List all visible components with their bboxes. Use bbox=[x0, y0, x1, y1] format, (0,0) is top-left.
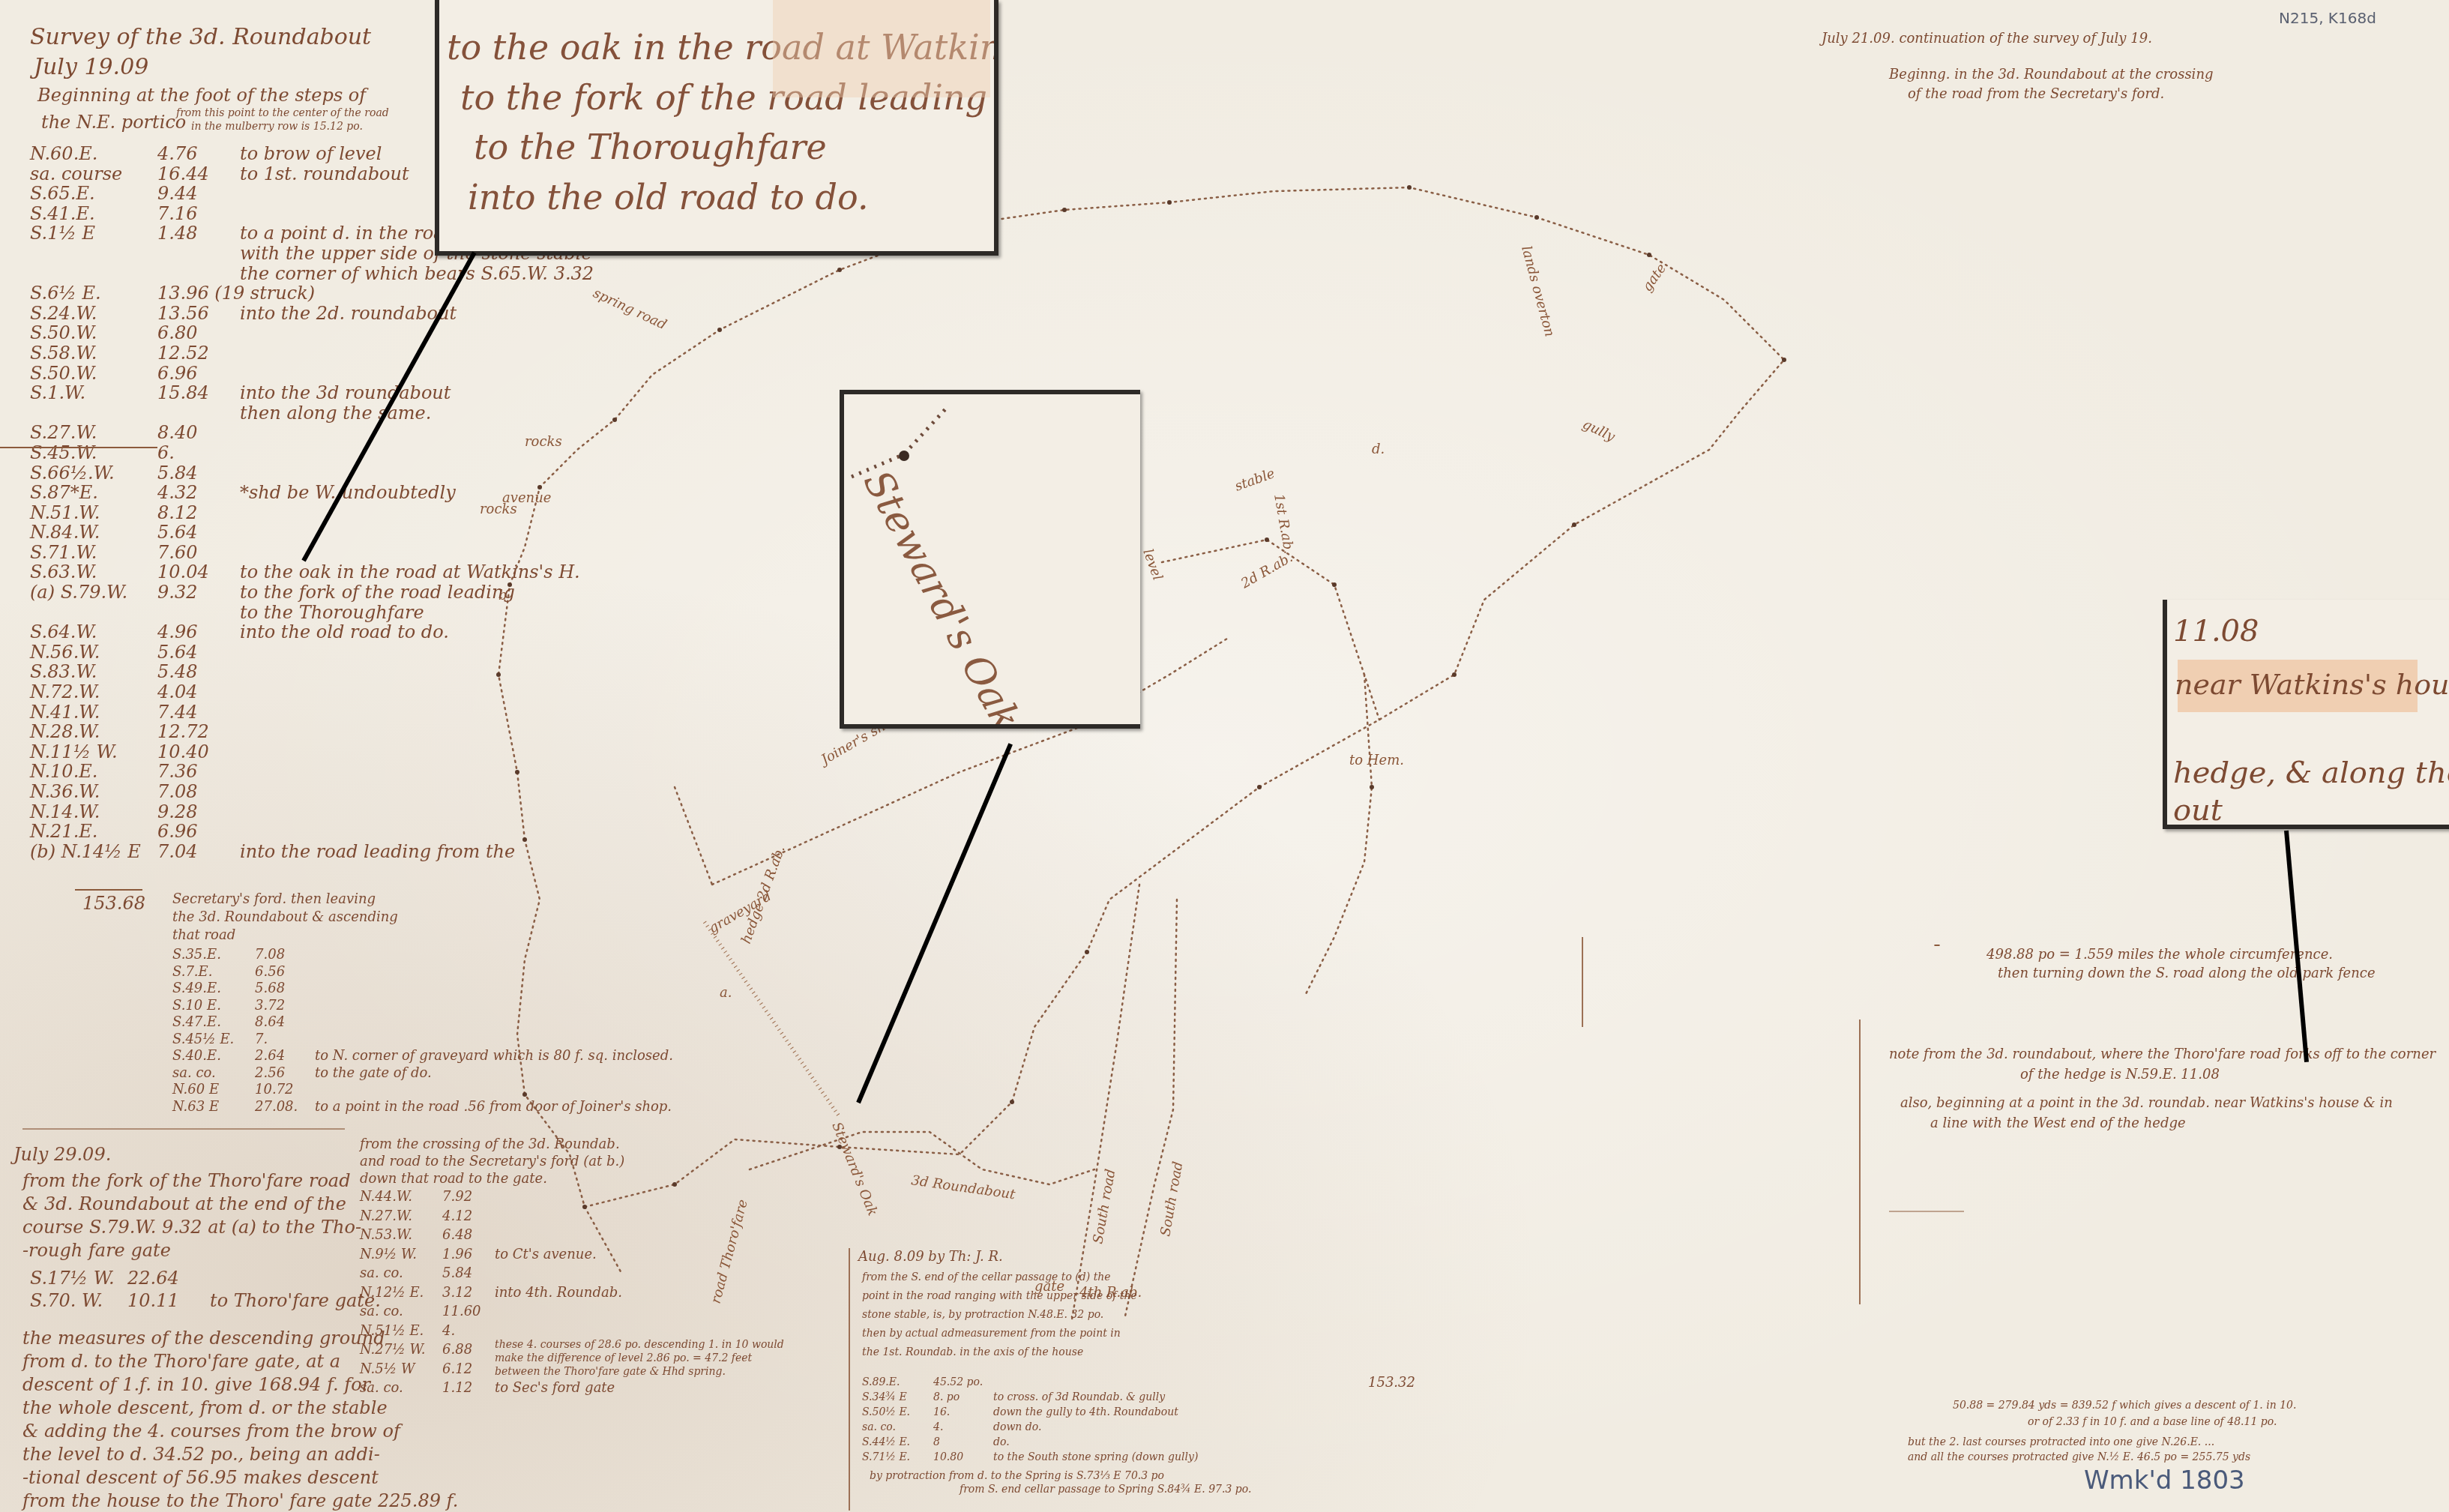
course-distance: 7.60 bbox=[157, 541, 240, 561]
survey-course-row: N.27.W.4.12 bbox=[360, 1208, 622, 1227]
thorofare-courses: S.17½ W.22.64S.70. W.10.11to Thoro'fare … bbox=[30, 1267, 381, 1312]
july31-margin-rule bbox=[1582, 937, 1583, 1027]
secretary-ford-intro: from the crossing of the 3d. Roundab.and… bbox=[360, 1136, 624, 1187]
course-distance: 8.64 bbox=[255, 1013, 315, 1031]
course-note: to the South stone spring (down gully) bbox=[993, 1451, 1198, 1466]
survey-course-row: S.44½ E.8do. bbox=[862, 1436, 1198, 1451]
survey-total: 153.68 bbox=[82, 892, 145, 916]
july21-intro-1: Beginng. in the 3d. Roundabout at the cr… bbox=[1889, 66, 2214, 84]
south-road-b bbox=[1124, 900, 1177, 1319]
text-line: from the house to the Thoro' fare gate 2… bbox=[22, 1490, 458, 1512]
course-bearing: S.45½ E. bbox=[172, 1031, 255, 1048]
survey-course-row: N.36.W.7.08 bbox=[30, 780, 594, 801]
text-line: point in the road ranging with the upper… bbox=[862, 1289, 1137, 1308]
course-bearing: sa. co. bbox=[360, 1265, 442, 1284]
survey-course-row: S.7.E.6.56 bbox=[172, 963, 673, 981]
aug8-margin-rule bbox=[849, 1248, 850, 1511]
course-distance: 2.64 bbox=[255, 1047, 315, 1064]
survey-course-row: sa. co.4.down do. bbox=[862, 1421, 1198, 1436]
survey-intro-1: Beginning at the foot of the steps of bbox=[37, 84, 366, 108]
course-bearing: S.10 E. bbox=[172, 997, 255, 1014]
course-distance: 7.44 bbox=[157, 701, 240, 721]
text-line: the 1st. Roundab. in the axis of the hou… bbox=[862, 1346, 1137, 1364]
course-bearing: (a) S.79.W. bbox=[30, 581, 157, 601]
survey-course-row: S.1.W.15.84into the 3d roundabout bbox=[30, 382, 594, 402]
course-bearing: S.44½ E. bbox=[862, 1436, 933, 1451]
course-note: do. bbox=[993, 1436, 1010, 1451]
course-bearing: N.51.W. bbox=[30, 502, 157, 522]
course-bearing: S.34¾ E bbox=[862, 1391, 933, 1406]
map-label-gate-top: gate bbox=[1639, 261, 1669, 295]
course-bearing: S.6½ E. bbox=[30, 282, 157, 302]
course-distance: 4.04 bbox=[157, 681, 240, 701]
map-label-steward-oak: Steward's Oak bbox=[828, 1120, 880, 1218]
course-bearing: N.63 E bbox=[172, 1098, 255, 1115]
text-line: make the difference of level 2.86 po. = … bbox=[495, 1352, 784, 1365]
survey-course-row: S.34¾ E8. poto cross. of 3d Roundab. & g… bbox=[862, 1391, 1198, 1406]
text-line: then by actual admeasurement from the po… bbox=[862, 1327, 1137, 1346]
course-bearing: N.60.E. bbox=[30, 142, 157, 163]
graveyard-road bbox=[675, 787, 712, 885]
survey-course-row: N.9½ W.1.96to Ct's avenue. bbox=[360, 1246, 622, 1265]
course-bearing bbox=[30, 402, 157, 422]
course-bearing: S.49.E. bbox=[172, 980, 255, 997]
course-distance: 4. bbox=[933, 1421, 993, 1436]
survey-course-row: (a) S.79.W.9.32to the fork of the road l… bbox=[30, 581, 594, 601]
course-note: to 1st. roundabout bbox=[240, 163, 409, 183]
section-rule bbox=[22, 1128, 345, 1130]
secretary-ford-bracket-note: these 4. courses of 28.6 po. descending … bbox=[495, 1338, 784, 1379]
course-distance: 6.96 bbox=[157, 820, 240, 840]
course-note: to brow of level bbox=[240, 142, 382, 163]
survey-course-row: S.40.E.2.64to N. corner of graveyard whi… bbox=[172, 1047, 673, 1064]
text-line: from the crossing of the 3d. Roundab. bbox=[360, 1136, 624, 1153]
course-bearing bbox=[30, 242, 157, 262]
course-distance: 12.72 bbox=[157, 720, 240, 741]
course-bearing: S.64.W. bbox=[30, 621, 157, 641]
survey-course-row: S.27.W.8.40 bbox=[30, 421, 594, 442]
course-bearing: S.17½ W. bbox=[30, 1267, 127, 1289]
map-label-2d-rab: 2d R.ab. bbox=[1238, 549, 1295, 592]
text-line: & adding the 4. courses from the brow of bbox=[22, 1420, 458, 1443]
course-distance: 7.08 bbox=[255, 946, 315, 963]
course-bearing: N.36.W. bbox=[30, 780, 157, 801]
hedge-note-1: note from the 3d. roundabout, where the … bbox=[1889, 1046, 2436, 1064]
course-bearing: N.53.W. bbox=[360, 1226, 442, 1246]
course-distance: 10.40 bbox=[157, 741, 240, 761]
callout-highlight bbox=[773, 0, 990, 97]
course-bearing: S.1½ E bbox=[30, 222, 157, 242]
course-bearing: sa. co. bbox=[862, 1421, 933, 1436]
course-bearing: S.58.W. bbox=[30, 342, 157, 362]
course-bearing: S.63.W. bbox=[30, 561, 157, 581]
survey-course-row: S.83.W.5.48 bbox=[30, 660, 594, 681]
map-label-3d-roundabout: 3d Roundabout bbox=[910, 1172, 1016, 1202]
course-bearing: (b) N.14½ E bbox=[30, 840, 157, 861]
text-line: and road to the Secretary's ford (at b.) bbox=[360, 1153, 624, 1170]
course-bearing: S.89.E. bbox=[862, 1376, 933, 1391]
survey-course-row: N.21.E.6.96 bbox=[30, 820, 594, 840]
text-line: the whole descent, from d. or the stable bbox=[22, 1397, 458, 1420]
course-distance: 6.88 bbox=[442, 1341, 495, 1361]
survey-course-row: S.71½ E.10.80to the South stone spring (… bbox=[862, 1451, 1198, 1466]
course-note: into the 3d roundabout bbox=[240, 382, 451, 402]
course-bearing: N.10.E. bbox=[30, 760, 157, 780]
callout-steward-oak: Steward's Oak bbox=[840, 390, 1140, 729]
course-bearing: S.70. W. bbox=[30, 1289, 127, 1312]
course-distance: 1.48 bbox=[157, 222, 240, 242]
survey-course-row: N.60 E10.72 bbox=[172, 1081, 673, 1098]
course-bearing: N.51½ E. bbox=[360, 1322, 442, 1342]
survey-course-row: N.56.W.5.64 bbox=[30, 641, 594, 661]
course-distance: 22.64 bbox=[127, 1267, 210, 1289]
map-label-d: d. bbox=[1372, 442, 1385, 457]
survey-course-row: N.28.W.12.72 bbox=[30, 720, 594, 741]
course-bearing: sa. co. bbox=[360, 1303, 442, 1322]
course-distance: 3.72 bbox=[255, 997, 315, 1014]
survey-course-row: sa. co.1.12to Sec's ford gate bbox=[360, 1379, 622, 1399]
aug6-margin-rule bbox=[1859, 1019, 1861, 1304]
map-label-stable: stable bbox=[1233, 466, 1277, 495]
survey-course-row: the corner of which bears S.65.W. 3.32 bbox=[30, 262, 594, 283]
course-bearing: N.28.W. bbox=[30, 720, 157, 741]
course-bearing: sa. co. bbox=[172, 1064, 255, 1082]
aug8-intro: from the S. end of the cellar passage to… bbox=[862, 1271, 1137, 1364]
course-distance bbox=[157, 601, 240, 621]
road-courses: S.35.E.7.08S.7.E.6.56S.49.E.5.68S.10 E.3… bbox=[172, 946, 673, 1115]
course-distance: 7.16 bbox=[157, 202, 240, 223]
map-label-level: level bbox=[1139, 547, 1166, 583]
july21-sum-continuation: then turning down the S. road along the … bbox=[1998, 965, 2376, 983]
text-line: between the Thoro'fare gate & Hhd spring… bbox=[495, 1365, 784, 1379]
text-line: the level to d. 34.52 po., being an addi… bbox=[22, 1443, 458, 1466]
map-label-lands-overton: lands overton bbox=[1518, 244, 1558, 339]
course-distance: 7.92 bbox=[442, 1188, 495, 1208]
course-distance: 12.52 bbox=[157, 342, 240, 362]
survey-course-row: S.10 E.3.72 bbox=[172, 997, 673, 1014]
course-distance bbox=[157, 242, 240, 262]
map-label-road-thorofare: road Thoro'fare bbox=[708, 1198, 751, 1305]
also-note-1: also, beginning at a point in the 3d. ro… bbox=[1900, 1094, 2393, 1112]
text-line: these 4. courses of 28.6 po. descending … bbox=[495, 1338, 784, 1352]
callout3-line-1: 11.08 bbox=[2173, 612, 2259, 651]
survey-course-row: N.53.W.6.48 bbox=[360, 1226, 622, 1246]
course-bearing: S.1.W. bbox=[30, 382, 157, 402]
course-distance: 4.32 bbox=[157, 481, 240, 502]
survey-course-row: N.41.W.7.44 bbox=[30, 701, 594, 721]
joiner-total: 153.32 bbox=[1368, 1374, 1415, 1392]
south-road-a bbox=[1072, 885, 1139, 1319]
course-distance: 1.12 bbox=[442, 1379, 495, 1399]
course-distance: 4.96 bbox=[157, 621, 240, 641]
course-distance: 7.08 bbox=[157, 780, 240, 801]
aug8-heading: Aug. 8.09 by Th: J. R. bbox=[858, 1248, 1003, 1266]
survey-course-row: S.89.E.45.52 po. bbox=[862, 1376, 1198, 1391]
course-distance: 8.12 bbox=[157, 502, 240, 522]
course-note: to the fork of the road leading bbox=[240, 581, 515, 601]
course-note: to a point in the road .56 from door of … bbox=[315, 1098, 672, 1115]
survey-course-row: S.24.W.13.56into the 2d. roundabout bbox=[30, 302, 594, 322]
course-distance: 7. bbox=[255, 1031, 315, 1048]
aug6-total-1: 50.88 = 279.84 yds = 839.52 f which give… bbox=[1953, 1399, 2296, 1412]
survey-course-row: N.11½ W.10.40 bbox=[30, 741, 594, 761]
third-roundabout-road bbox=[498, 187, 1784, 1207]
course-distance: 6.48 bbox=[442, 1226, 495, 1246]
course-distance: 11.60 bbox=[442, 1303, 495, 1322]
course-bearing: S.47.E. bbox=[172, 1013, 255, 1031]
aug6-top-rule bbox=[1889, 1211, 1964, 1212]
survey-course-row: S.50½ E.16.down the gully to 4th. Rounda… bbox=[862, 1406, 1198, 1421]
course-bearing: S.50.W. bbox=[30, 322, 157, 342]
aug8-courses: S.89.E.45.52 po.S.34¾ E8. poto cross. of… bbox=[862, 1376, 1198, 1466]
course-distance: 5.48 bbox=[157, 660, 240, 681]
survey-course-row: N.12½ E.3.12into 4th. Roundab. bbox=[360, 1284, 622, 1304]
course-note: into the old road to do. bbox=[240, 621, 449, 641]
course-bearing: S.71½ E. bbox=[862, 1451, 933, 1466]
course-bearing: S.71.W. bbox=[30, 541, 157, 561]
aug6-footer-1: but the 2. last courses protracted into … bbox=[1908, 1436, 2214, 1449]
course-distance: 7.36 bbox=[157, 760, 240, 780]
hedge-note-2: of the hedge is N.59.E. 11.08 bbox=[2020, 1066, 2220, 1084]
course-distance: 10.72 bbox=[255, 1081, 315, 1098]
course-bearing bbox=[30, 262, 157, 283]
course-bearing: N.11½ W. bbox=[30, 741, 157, 761]
survey-course-row: S.66½.W.5.84 bbox=[30, 462, 594, 482]
course-distance: 10.11 bbox=[127, 1289, 210, 1312]
course-distance: 8 bbox=[933, 1436, 993, 1451]
course-note: into 4th. Roundab. bbox=[495, 1284, 622, 1304]
continuation-note-3: that road bbox=[172, 927, 235, 945]
course-note: to Ct's avenue. bbox=[495, 1246, 597, 1265]
survey-course-row: S.70. W.10.11to Thoro'fare gate. bbox=[30, 1289, 381, 1312]
course-bearing: S.41.E. bbox=[30, 202, 157, 223]
course-distance: 16.44 bbox=[157, 163, 240, 183]
also-note-2: a line with the West end of the hedge bbox=[1930, 1115, 2186, 1133]
course-note: to the oak in the road at Watkins's H. bbox=[240, 561, 580, 581]
course-bearing: N.84.W. bbox=[30, 521, 157, 541]
catalog-id: N215, K168d bbox=[2279, 9, 2376, 27]
survey-intro-note-1: from this point to the center of the roa… bbox=[176, 106, 389, 120]
text-line: -tional descent of 56.95 makes descent bbox=[22, 1466, 458, 1490]
callout-near-watkins-house: 11.08 near Watkins's house & hedge, & al… bbox=[2163, 600, 2449, 829]
course-bearing: sa. co. bbox=[360, 1379, 442, 1399]
survey-course-row: S.49.E.5.68 bbox=[172, 980, 673, 997]
course-note: to the Thoroughfare bbox=[240, 601, 424, 621]
survey-course-row: (b) N.14½ E7.04into the road leading fro… bbox=[30, 840, 594, 861]
callout3-line-3: hedge, & along the hedge bbox=[2173, 753, 2449, 793]
survey-course-row: S.58.W.12.52 bbox=[30, 342, 594, 362]
survey-course-row: S.87*E.4.32*shd be W. undoubtedly bbox=[30, 481, 594, 502]
course-distance: 13.56 bbox=[157, 302, 240, 322]
course-distance: 6.96 bbox=[157, 362, 240, 382]
course-note: into the road leading from the bbox=[240, 840, 515, 861]
course-bearing: S.65.E. bbox=[30, 182, 157, 202]
course-note: down the gully to 4th. Roundabout bbox=[993, 1406, 1178, 1421]
survey-course-row: sa. co.11.60 bbox=[360, 1303, 622, 1322]
course-distance: 3.12 bbox=[442, 1284, 495, 1304]
july21-heading: July 21.09. continuation of the survey o… bbox=[1822, 30, 2152, 48]
course-distance: 15.84 bbox=[157, 382, 240, 402]
text-line: & 3d. Roundabout at the end of the bbox=[22, 1193, 361, 1216]
course-distance: 10.80 bbox=[933, 1451, 993, 1466]
survey-course-row: S.17½ W.22.64 bbox=[30, 1267, 381, 1289]
course-bearing: S.7.E. bbox=[172, 963, 255, 981]
survey-course-row: N.10.E.7.36 bbox=[30, 760, 594, 780]
thorofare-intro: from the fork of the Thoro'fare road& 3d… bbox=[22, 1169, 361, 1262]
course-bearing: S.87*E. bbox=[30, 481, 157, 502]
survey-heading: Survey of the 3d. Roundabout bbox=[30, 22, 371, 52]
aug8-footer: by protraction from d. to the Spring is … bbox=[870, 1469, 1251, 1497]
course-note: to Sec's ford gate bbox=[495, 1379, 615, 1399]
text-line: stone stable, is, by protraction N.48.E.… bbox=[862, 1308, 1137, 1327]
course-bearing: S.24.W. bbox=[30, 302, 157, 322]
course-distance: 27.08. bbox=[255, 1098, 315, 1115]
callout3-line-2: near Watkins's house & bbox=[2175, 666, 2449, 703]
course-bearing: N.12½ E. bbox=[360, 1284, 442, 1304]
survey-course-row: N.63 E27.08.to a point in the road .56 f… bbox=[172, 1098, 673, 1115]
course-bearing: S.27.W. bbox=[30, 421, 157, 442]
course-distance: 7.04 bbox=[157, 840, 240, 861]
survey-course-row: S.35.E.7.08 bbox=[172, 946, 673, 963]
text-line: from the S. end of the cellar passage to… bbox=[862, 1271, 1137, 1289]
course-distance bbox=[157, 402, 240, 422]
callout3-line-4: out bbox=[2173, 791, 2223, 829]
course-bearing: N.72.W. bbox=[30, 681, 157, 701]
divider bbox=[0, 447, 157, 448]
course-bearing: N.60 E bbox=[172, 1081, 255, 1098]
course-note: into the 2d. roundabout bbox=[240, 302, 457, 322]
callout-line-3: to the Thoroughfare bbox=[474, 127, 827, 167]
course-distance: 10.04 bbox=[157, 561, 240, 581]
july21-sum-result: 498.88 po = 1.559 miles the whole circum… bbox=[1986, 946, 2333, 964]
course-bearing: S.35.E. bbox=[172, 946, 255, 963]
aug6-total-2: or of 2.33 f in 10 f. and a base line of… bbox=[2028, 1415, 2277, 1429]
course-distance: 5.84 bbox=[442, 1265, 495, 1284]
text-line: down that road to the gate. bbox=[360, 1170, 624, 1187]
course-bearing: S.45.W. bbox=[30, 442, 157, 462]
course-bearing: N.5½ W bbox=[360, 1361, 442, 1380]
map-label-1st-rab: 1st R.ab. bbox=[1271, 493, 1297, 555]
course-bearing: S.66½.W. bbox=[30, 462, 157, 482]
callout-line-4: into the old road to do. bbox=[468, 177, 869, 217]
survey-course-row: N.44.W.7.92 bbox=[360, 1188, 622, 1208]
course-distance: 5.84 bbox=[157, 462, 240, 482]
course-note: then along the same. bbox=[240, 402, 431, 422]
course-distance: 45.52 po. bbox=[933, 1376, 993, 1391]
course-distance: 6.12 bbox=[442, 1361, 495, 1380]
survey-course-row: S.63.W.10.04to the oak in the road at Wa… bbox=[30, 561, 594, 581]
course-distance: 4. bbox=[442, 1322, 495, 1342]
map-label-to-hemings: to Hem. bbox=[1349, 753, 1404, 768]
course-bearing: S.83.W. bbox=[30, 660, 157, 681]
map-label-south-road-2: South road bbox=[1157, 1160, 1186, 1238]
survey-course-row: N.72.W.4.04 bbox=[30, 681, 594, 701]
survey-course-row: S.64.W.4.96into the old road to do. bbox=[30, 621, 594, 641]
map-label-a: a. bbox=[720, 985, 732, 1001]
course-note: to cross. of 3d Roundab. & gully bbox=[993, 1391, 1165, 1406]
map-label-gully: gully bbox=[1580, 416, 1618, 445]
course-distance: 2.56 bbox=[255, 1064, 315, 1082]
survey-course-row: then along the same. bbox=[30, 402, 594, 422]
survey-course-row: S.50.W.6.96 bbox=[30, 362, 594, 382]
course-note: to N. corner of graveyard which is 80 f.… bbox=[315, 1047, 673, 1064]
course-distance: 9.44 bbox=[157, 182, 240, 202]
survey-course-row: N.14.W.9.28 bbox=[30, 801, 594, 821]
course-bearing: S.40.E. bbox=[172, 1047, 255, 1064]
course-note: down do. bbox=[993, 1421, 1041, 1436]
course-bearing: N.41.W. bbox=[30, 701, 157, 721]
survey-course-row: S.45½ E.7. bbox=[172, 1031, 673, 1048]
course-bearing: N.44.W. bbox=[360, 1188, 442, 1208]
total-rule bbox=[75, 889, 142, 891]
survey-course-row: to the Thoroughfare bbox=[30, 601, 594, 621]
course-bearing: N.27.W. bbox=[360, 1208, 442, 1227]
course-bearing: N.9½ W. bbox=[360, 1246, 442, 1265]
survey-course-row: S.50.W.6.80 bbox=[30, 322, 594, 342]
course-note: to the gate of do. bbox=[315, 1064, 432, 1082]
course-distance: 9.28 bbox=[157, 801, 240, 821]
july21-intro-2: of the road from the Secretary's ford. bbox=[1908, 85, 2164, 103]
course-bearing: N.21.E. bbox=[30, 820, 157, 840]
continuation-note-1: Secretary's ford. then leaving bbox=[172, 891, 376, 909]
course-distance: 6. bbox=[157, 442, 240, 462]
survey-course-row: S.6½ E.13.96 (19 struck) bbox=[30, 282, 594, 302]
survey-course-row: N.84.W.5.64 bbox=[30, 521, 594, 541]
survey-course-row: N.51.W.8.12 bbox=[30, 502, 594, 522]
course-bearing: N.56.W. bbox=[30, 641, 157, 661]
course-distance: 4.76 bbox=[157, 142, 240, 163]
text-line: from the fork of the Thoro'fare road bbox=[22, 1169, 361, 1193]
survey-course-row: S.45.W.6. bbox=[30, 442, 594, 462]
course-note: to Thoro'fare gate. bbox=[210, 1289, 381, 1312]
course-bearing: sa. course bbox=[30, 163, 157, 183]
map-label-south-road: South road bbox=[1090, 1168, 1118, 1245]
july21-sum-box bbox=[1934, 945, 1940, 946]
course-distance: 6.56 bbox=[255, 963, 315, 981]
course-distance: 6.80 bbox=[157, 322, 240, 342]
course-bearing: N.14.W. bbox=[30, 801, 157, 821]
text-line: course S.79.W. 9.32 at (a) to the Tho- bbox=[22, 1216, 361, 1239]
continuation-note-2: the 3d. Roundabout & ascending bbox=[172, 909, 398, 927]
course-distance: 5.68 bbox=[255, 980, 315, 997]
course-bearing bbox=[30, 601, 157, 621]
callout-oak-at-watkins: to the oak in the road at Watkins's H. t… bbox=[435, 0, 998, 256]
course-distance: 5.64 bbox=[157, 641, 240, 661]
course-bearing: S.50.W. bbox=[30, 362, 157, 382]
course-distance: 8.40 bbox=[157, 421, 240, 442]
course-note: the corner of which bears S.65.W. 3.32 bbox=[240, 262, 594, 283]
course-distance: 13.96 (19 struck) bbox=[157, 282, 240, 302]
survey-intro-2: the N.E. portico bbox=[41, 111, 186, 135]
course-distance: 8. po bbox=[933, 1391, 993, 1406]
course-distance bbox=[157, 262, 240, 283]
survey-course-row: S.47.E.8.64 bbox=[172, 1013, 673, 1031]
course-bearing: S.50½ E. bbox=[862, 1406, 933, 1421]
survey-course-row: sa. co.5.84 bbox=[360, 1265, 622, 1284]
text-line: by protraction from d. to the Spring is … bbox=[870, 1469, 1251, 1483]
watermark-note: Wmk'd 1803 bbox=[2084, 1466, 2245, 1496]
course-distance: 4.12 bbox=[442, 1208, 495, 1227]
survey-date: July 19.09 bbox=[34, 52, 148, 82]
text-line: -rough fare gate bbox=[22, 1239, 361, 1262]
text-line: from S. end cellar passage to Spring S.8… bbox=[870, 1483, 1251, 1496]
stable-road bbox=[1304, 675, 1372, 997]
aug6-footer-2: and all the courses protracted give N.½ … bbox=[1908, 1451, 2250, 1464]
thorofare-date: July 29.09. bbox=[13, 1143, 111, 1167]
survey-course-row: sa. co.2.56to the gate of do. bbox=[172, 1064, 673, 1082]
course-distance: 5.64 bbox=[157, 521, 240, 541]
course-distance: 1.96 bbox=[442, 1246, 495, 1265]
